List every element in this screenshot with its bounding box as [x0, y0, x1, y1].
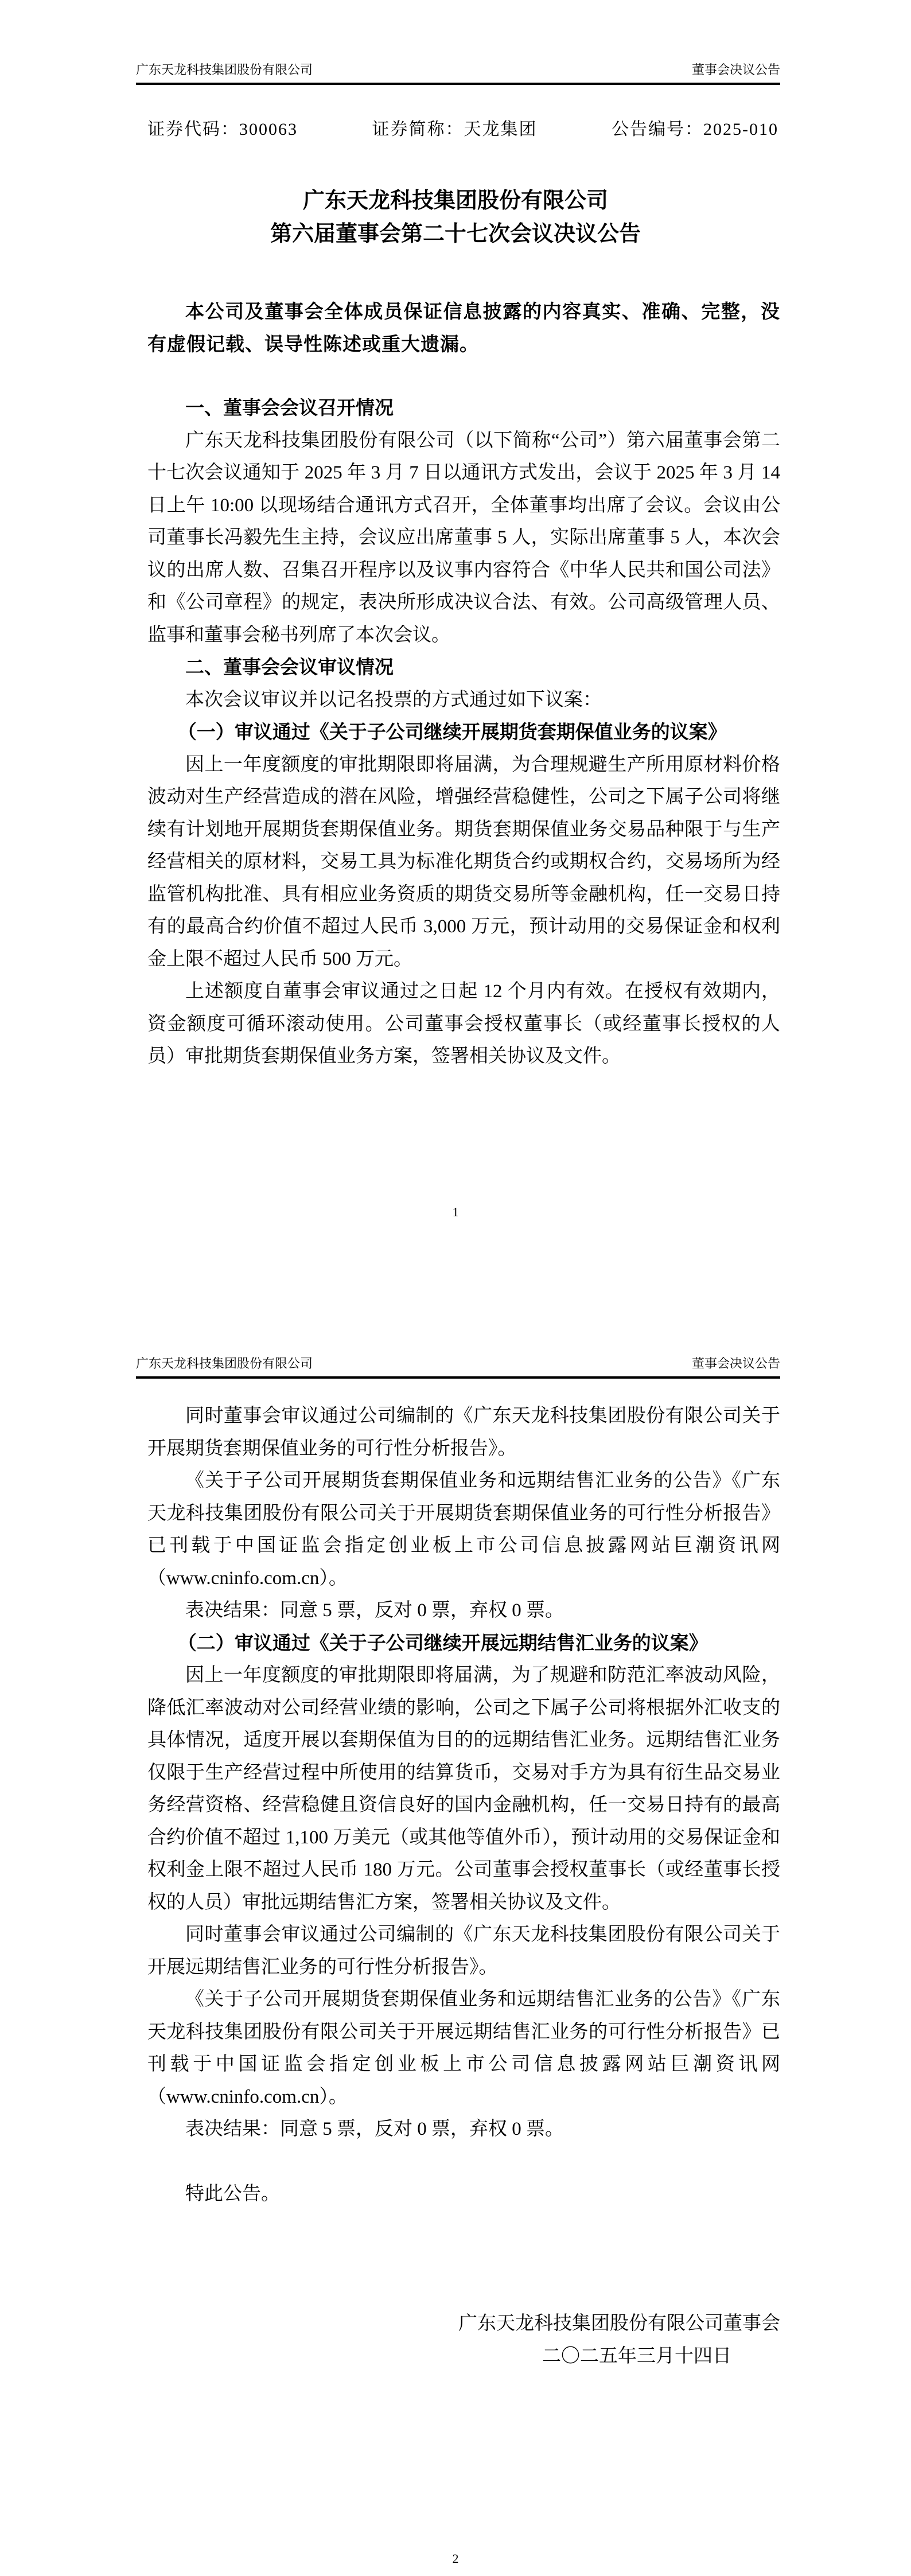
section-1-heading: 一、董事会会议召开情况 [147, 392, 780, 425]
announcement-meta: 证券代码：300063 证券简称：天龙集团 公告编号：2025-010 [147, 115, 778, 140]
section-1-paragraph: 广东天龙科技集团股份有限公司（以下简称“公司”）第六届董事会第二十七次会议通知于… [147, 425, 780, 652]
motion-2-heading: （二）审议通过《关于子公司继续开展远期结售汇业务的议案》 [147, 1627, 780, 1660]
stock-code: 证券代码：300063 [147, 115, 298, 140]
header-doc-type: 董事会决议公告 [692, 1356, 780, 1372]
header-company: 广东天龙科技集团股份有限公司 [136, 62, 313, 78]
motion-2-paragraph-3: 《关于子公司开展期货套期保值业务和远期结售汇业务的公告》《广东天龙科技集团股份有… [147, 1983, 780, 2113]
running-header: 广东天龙科技集团股份有限公司 董事会决议公告 [136, 62, 780, 85]
motion-1-paragraph-2: 上述额度自董事会审议通过之日起 12 个月内有效。在授权有效期内，资金额度可循环… [147, 975, 780, 1073]
header-doc-type: 董事会决议公告 [692, 62, 780, 78]
motion-1-paragraph-3: 同时董事会审议通过公司编制的《广东天龙科技集团股份有限公司关于开展期货套期保值业… [147, 1400, 780, 1465]
page-1: 广东天龙科技集团股份有限公司 董事会决议公告 证券代码：300063 证券简称：… [0, 0, 911, 1288]
announcement-number: 公告编号：2025-010 [612, 115, 778, 140]
motion-2-paragraph-1: 因上一年度额度的审批期限即将届满，为了规避和防范汇率波动风险，降低汇率波动对公司… [147, 1659, 780, 1919]
motion-1-paragraph-4: 《关于子公司开展期货套期保值业务和远期结售汇业务的公告》《广东天龙科技集团股份有… [147, 1465, 780, 1594]
running-header: 广东天龙科技集团股份有限公司 董事会决议公告 [136, 1356, 780, 1379]
section-2-intro: 本次会议审议并以记名投票的方式通过如下议案： [147, 684, 780, 717]
title-announcement: 第六届董事会第二十七次会议决议公告 [0, 217, 911, 250]
page-number: 2 [0, 2551, 911, 2566]
section-2-heading: 二、董事会会议审议情况 [147, 651, 780, 684]
title-company: 广东天龙科技集团股份有限公司 [0, 184, 911, 217]
header-company: 广东天龙科技集团股份有限公司 [136, 1356, 313, 1372]
signature-org: 广东天龙科技集团股份有限公司董事会 [147, 2307, 780, 2340]
motion-1-heading: （一）审议通过《关于子公司继续开展期货套期保值业务的议案》 [147, 716, 780, 749]
page-number: 1 [0, 1205, 911, 1220]
signature-date: 二〇二五年三月十四日 [147, 2340, 780, 2373]
page-2: 广东天龙科技集团股份有限公司 董事会决议公告 同时董事会审议通过公司编制的《广东… [0, 1288, 911, 2576]
page-1-body: 本公司及董事会全体成员保证信息披露的内容真实、准确、完整，没有虚假记载、误导性陈… [147, 295, 780, 1073]
motion-2-vote: 表决结果：同意 5 票，反对 0 票，弃权 0 票。 [147, 2113, 780, 2146]
page-2-body: 同时董事会审议通过公司编制的《广东天龙科技集团股份有限公司关于开展期货套期保值业… [147, 1400, 780, 2372]
disclaimer: 本公司及董事会全体成员保证信息披露的内容真实、准确、完整，没有虚假记载、误导性陈… [147, 295, 780, 360]
motion-1-paragraph-1: 因上一年度额度的审批期限即将届满，为合理规避生产所用原材料价格波动对生产经营造成… [147, 749, 780, 976]
closing-statement: 特此公告。 [147, 2178, 780, 2211]
stock-abbreviation: 证券简称：天龙集团 [372, 115, 538, 140]
motion-1-vote: 表决结果：同意 5 票，反对 0 票，弃权 0 票。 [147, 1594, 780, 1627]
motion-2-paragraph-2: 同时董事会审议通过公司编制的《广东天龙科技集团股份有限公司关于开展远期结售汇业务… [147, 1919, 780, 1983]
